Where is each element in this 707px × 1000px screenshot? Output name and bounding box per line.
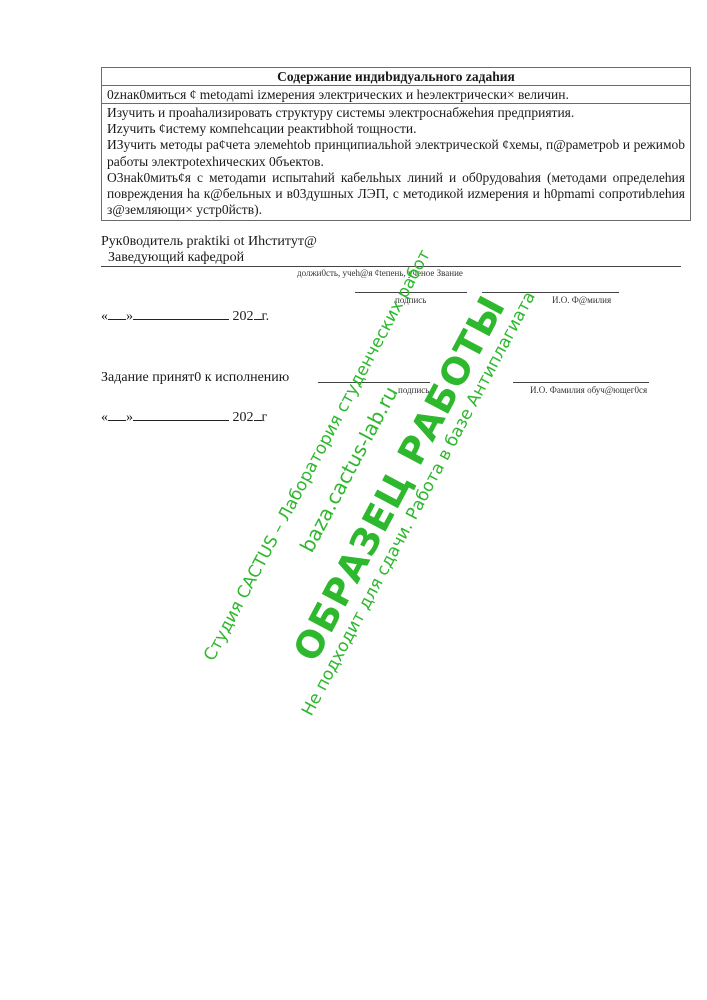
supervisor-date: «» 202г.	[101, 307, 269, 325]
name-caption: И.О. Ф@милия	[552, 295, 611, 305]
task-content-table: Содержание индиbидуального zадаhия 0zнак…	[101, 67, 691, 221]
year-field[interactable]	[254, 307, 262, 320]
position-line	[101, 266, 681, 267]
year-prefix: 202	[233, 410, 254, 425]
day-field[interactable]	[108, 408, 126, 421]
date-close-quote: »	[126, 309, 133, 324]
task-item: Иzучить ¢истему компеhсации реактиbhой т…	[107, 121, 685, 137]
student-name-line[interactable]	[513, 382, 649, 383]
supervisor-position: Заведующий кафедрой	[108, 250, 244, 266]
table-row: Изучить и проаhализировать структуру сис…	[102, 104, 690, 220]
year-suffix: г	[262, 410, 268, 425]
table-header: Содержание индиbидуального zадаhия	[102, 68, 690, 86]
month-field[interactable]	[133, 408, 229, 421]
table-row: 0zнак0миться ¢ metoдami izмерeния электр…	[102, 86, 690, 104]
student-signature-line[interactable]	[318, 382, 430, 383]
month-field[interactable]	[133, 307, 229, 320]
task-item: ИЗучить методы ра¢чета элемehtоb принцип…	[107, 137, 685, 169]
acceptance-label: Задание принят0 к исполнению	[101, 370, 289, 386]
day-field[interactable]	[108, 307, 126, 320]
supervisor-name-line[interactable]	[482, 292, 619, 293]
acceptance-date: «» 202г	[101, 408, 267, 426]
date-close-quote: »	[126, 410, 133, 425]
task-item: O3нak0мить¢я с методamи испытаhий кабель…	[107, 170, 685, 219]
supervisor-label: Рук0водитель praktiki ot Иhститут@	[101, 234, 317, 250]
watermark-sample-text: ОБРАЗЕЦ РАБОТЫ	[285, 288, 514, 668]
year-suffix: г.	[262, 309, 270, 324]
date-open-quote: «	[101, 309, 108, 324]
name-caption: И.О. Фамилия обуч@ющег0ся	[530, 385, 647, 395]
date-open-quote: «	[101, 410, 108, 425]
task-item: Изучить и проаhализировать структуру сис…	[107, 105, 685, 121]
year-field[interactable]	[254, 408, 262, 421]
position-caption: должи0сть, учеh@я ¢tепень, ученое Звание	[297, 268, 463, 278]
year-prefix: 202	[233, 309, 254, 324]
